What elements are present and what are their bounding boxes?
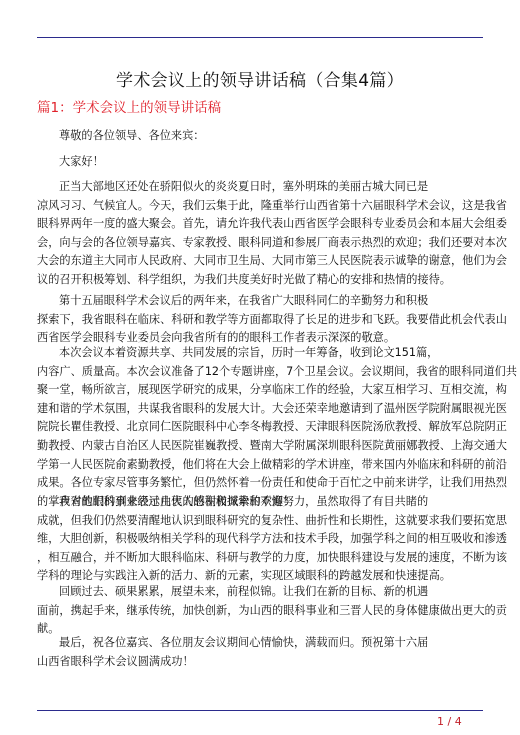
greeting: 大家好！	[37, 153, 483, 172]
paragraph-line: 内容广、质量高。本次会议准备了12个专题讲座，7个卫星会议。会议期间，我省的眼科…	[37, 363, 483, 382]
document-title: 学术会议上的领导讲话稿（合集4篇）	[0, 66, 520, 91]
paragraph-line: 眼科界两年一度的盛大聚会。首先，请允许我代表山西省医学会眼科专业委员会和本届大会…	[37, 215, 483, 234]
section-heading: 篇1：学术会议上的领导讲话稿	[37, 96, 221, 116]
page-indicator: 1 / 4	[437, 715, 462, 728]
paragraph-2: 第十五届眼科学术会议后的两年来，在我省广大眼科同仁的辛勤努力和积极 探索下，我省…	[37, 292, 483, 348]
paragraph-line: 建和谐的学术氛围，共谋我省眼科的发展大计。大会还荣幸地邀请到了温州医学院附属眼视…	[37, 400, 483, 419]
paragraph-line: 学第一人民医院俞素勤教授，他们将在大会上做精彩的学术讲座，带来国内外临床和科研的…	[37, 456, 483, 475]
paragraph-line: 成果。各位专家尽管事务繁忙，但仍然怀着一份责任和使命于百忙之中前来讲学，让我们用…	[37, 474, 483, 493]
paragraph-line: 议的召开积极筹划、科学组织，为我们共度美好时光做了精心的安排和热情的接待。	[37, 271, 483, 290]
paragraph-line: 会，向与会的各位领导嘉宾、专家教授、眼科同道和参展厂商表示热烈的欢迎；我们还要对…	[37, 234, 483, 253]
paragraph-4: 我省的眼科事业经过几代人的积极探索和不懈努力，虽然取得了有目共睹的 成就，但我们…	[37, 493, 483, 586]
salutation: 尊敬的各位领导、各位来宾：	[37, 127, 483, 146]
paragraph-line: 最后，祝各位嘉宾、各位朋友会议期间心情愉快，满载而归。预祝第十六届	[37, 634, 483, 653]
paragraph-line: 聚一堂，畅所欲言，展现医学研究的成果，分享临床工作的经验，大家互相学习、互相交流…	[37, 381, 483, 400]
paragraph-line: 第十五届眼科学术会议后的两年来，在我省广大眼科同仁的辛勤努力和积极	[37, 292, 483, 311]
paragraph-line: 凉风习习、气候宜人。今天，我们云集于此，隆重举行山西省第十六届眼科学术会议，这是…	[37, 197, 483, 216]
paragraph-line: 维，大胆创新，积极吸纳相关学科的现代科学方法和技术手段，加强学科之间的相互吸收和…	[37, 530, 483, 549]
footer-rule	[37, 710, 483, 711]
paragraph-line: 正当大部地区还处在骄阳似火的炎炎夏日时，塞外明珠的美丽古城大同已是	[37, 178, 483, 197]
paragraph-line: 探索下，我省眼科在临床、科研和教学等方面都取得了长足的进步和飞跃。我要借此机会代…	[37, 311, 483, 330]
paragraph-line: 本次会议本着资源共享、共同发展的宗旨，历时一年筹备，收到论文151篇，	[37, 344, 483, 363]
paragraph-line: 我省的眼科事业经过几代人的积极探索和不懈努力，虽然取得了有目共睹的	[37, 493, 483, 512]
paragraph-line: ，相互融合，并不断加大眼科临床、科研与教学的力度，加快眼科建设与发展的速度，不断…	[37, 549, 483, 568]
salutation-text: 尊敬的各位领导、各位来宾：	[37, 127, 483, 146]
paragraph-6: 最后，祝各位嘉宾、各位朋友会议期间心情愉快，满载而归。预祝第十六届 山西省眼科学…	[37, 634, 483, 671]
paragraph-line: 院院长瞿佳教授、北京同仁医院眼科中心李冬梅教授、天津眼科医院汤欣教授、解放军总院…	[37, 418, 483, 437]
header-rule	[37, 37, 483, 38]
paragraph-line: 勤教授、内蒙古自治区人民医院崔巍教授、暨南大学附属深圳眼科医院黄丽娜教授、上海交…	[37, 437, 483, 456]
paragraph-line: 大会的东道主大同市人民政府、大同市卫生局、大同市第三人民医院表示诚挚的谢意，他们…	[37, 252, 483, 271]
paragraph-3: 本次会议本着资源共享、共同发展的宗旨，历时一年筹备，收到论文151篇， 内容广、…	[37, 344, 483, 511]
paragraph-line: 回顾过去、硕果累累，展望未来，前程似锦。让我们在新的目标、新的机遇	[37, 583, 483, 602]
greeting-text: 大家好！	[37, 153, 483, 172]
paragraph-line: 成就，但我们仍然要清醒地认识到眼科研究的复杂性、曲折性和长期性，这就要求我们要拓…	[37, 512, 483, 531]
paragraph-line: 山西省眼科学术会议圆满成功！	[37, 653, 483, 672]
paragraph-5: 回顾过去、硕果累累，展望未来，前程似锦。让我们在新的目标、新的机遇 面前，携起手…	[37, 583, 483, 639]
paragraph-line: 面前，携起手来，继承传统，加快创新，为山西的眼科事业和三晋人民的身体健康做出更大…	[37, 602, 483, 621]
paragraph-1: 正当大部地区还处在骄阳似火的炎炎夏日时，塞外明珠的美丽古城大同已是 凉风习习、气…	[37, 178, 483, 290]
